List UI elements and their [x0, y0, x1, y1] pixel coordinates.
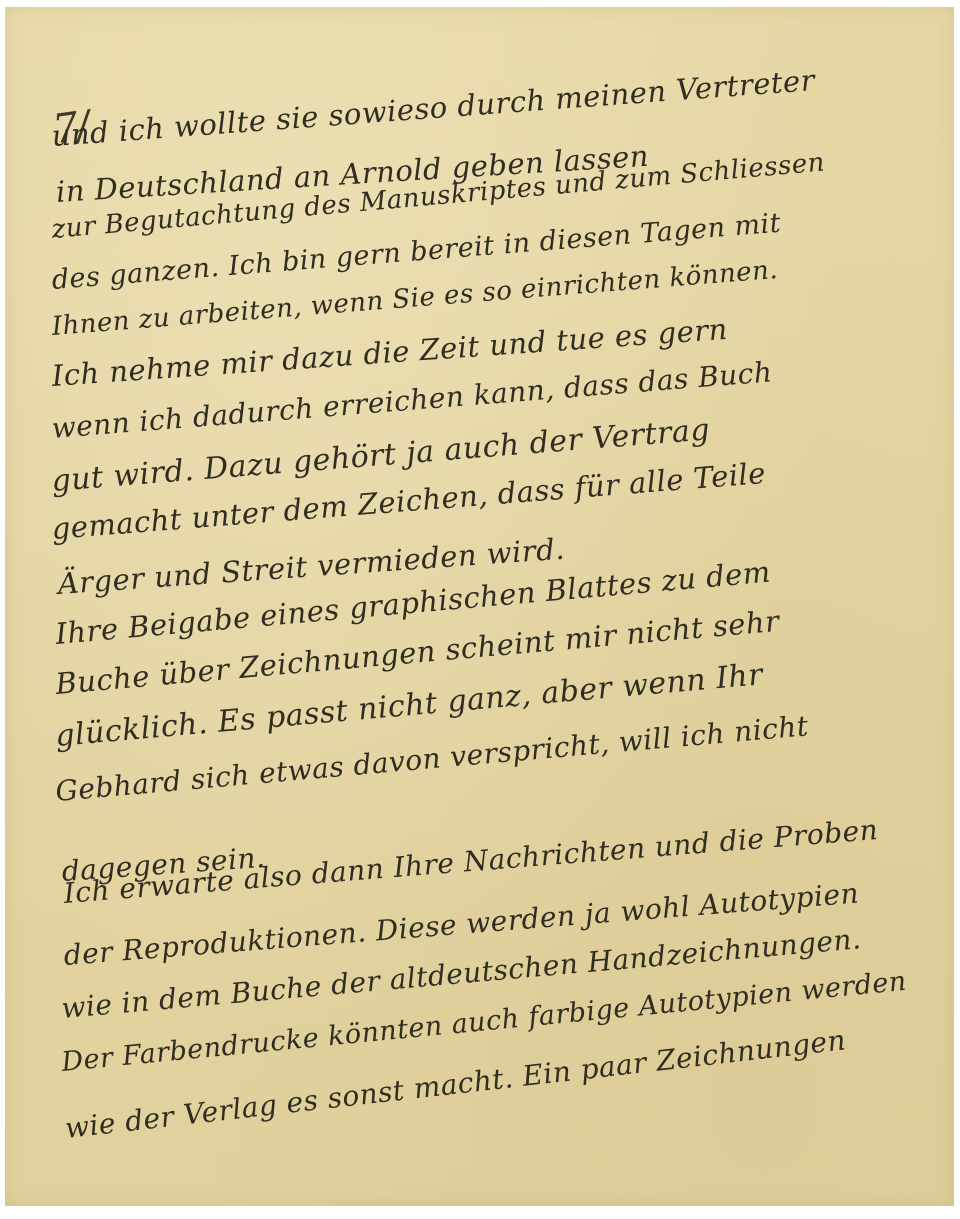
letter-page: 7/ und ich wollte sie sowieso durch mein…: [5, 7, 954, 1206]
handwritten-line-1: und ich wollte sie sowieso durch meinen …: [51, 63, 817, 153]
